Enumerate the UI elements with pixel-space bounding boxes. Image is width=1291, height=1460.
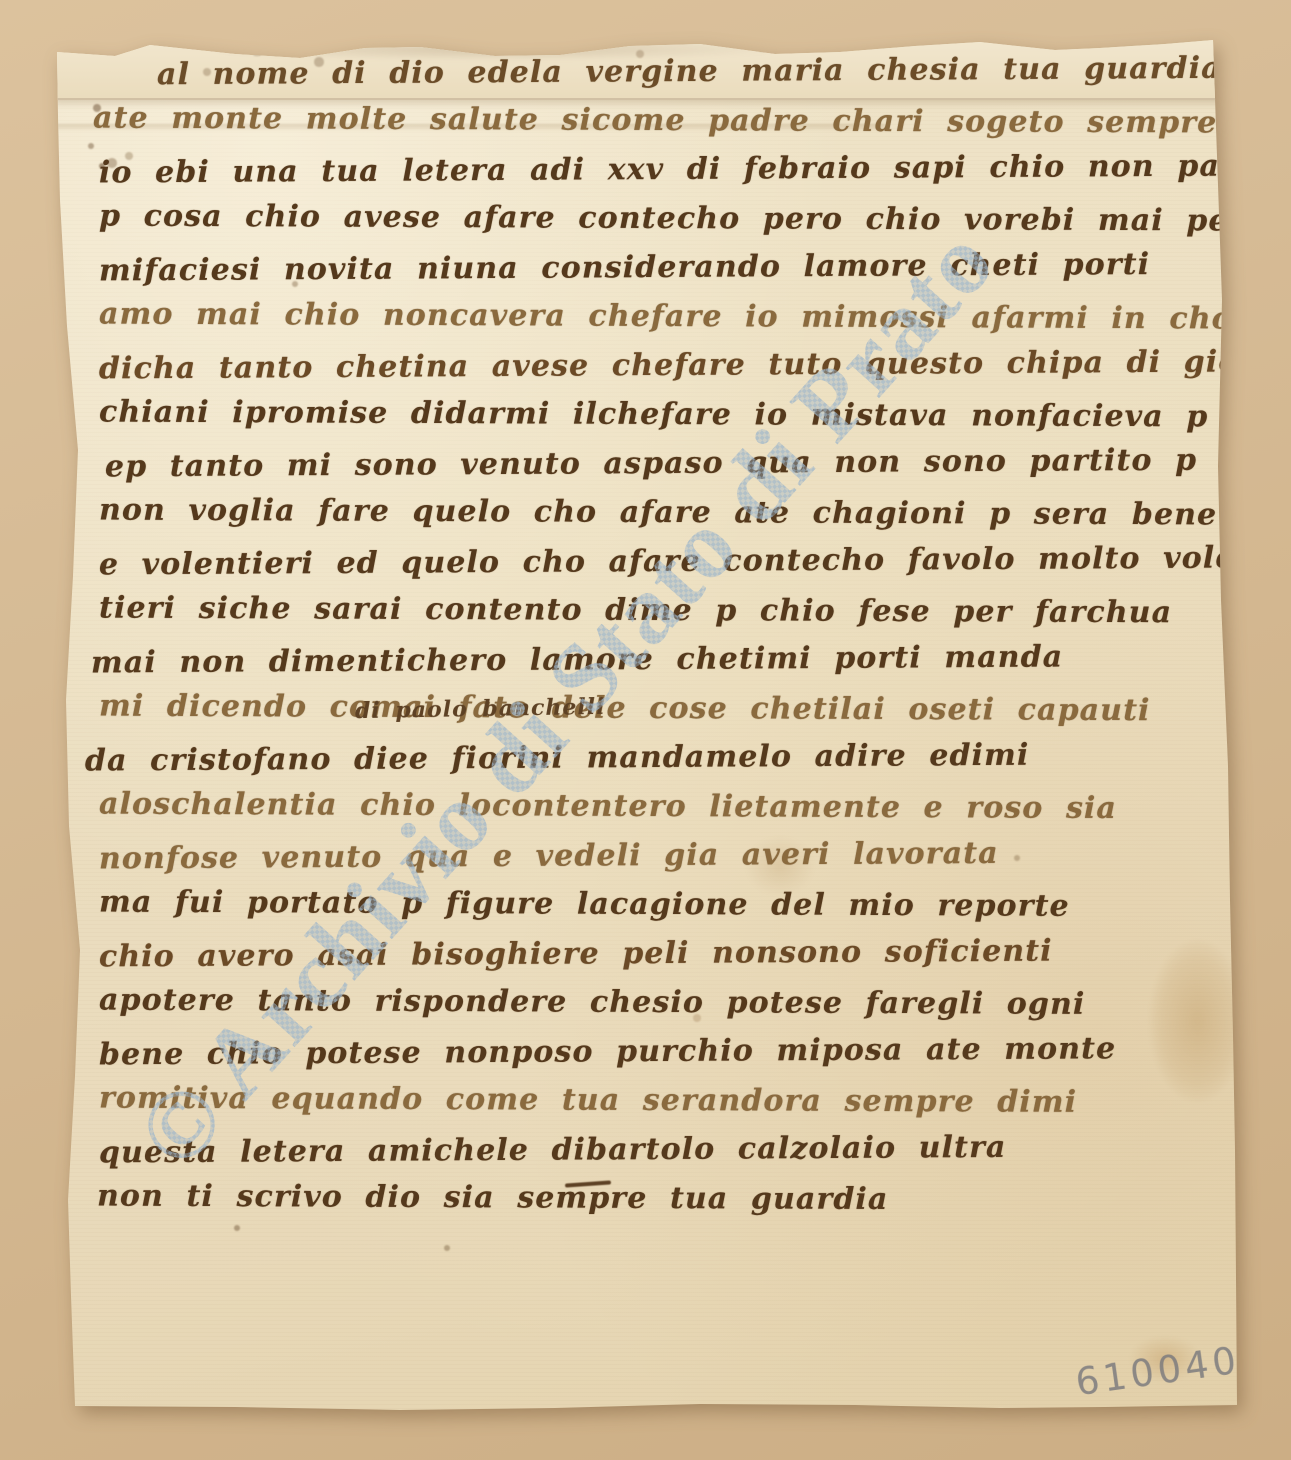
letter-line: chio avero asai bisoghiere peli nonsono … [99, 933, 1222, 989]
letter-line: bene chio potese nonposo purchio miposa … [99, 1031, 1222, 1087]
letter-line: amo mai chio noncavera chefare io mimoss… [99, 297, 1222, 351]
ink-speckles [55, 36, 59, 40]
manuscript-scan: al nome di dio edela vergine maria chesi… [0, 0, 1291, 1460]
letter-line: non ti scrivo dio sia sempre tua guardia [97, 1179, 1222, 1233]
letter-line: mifaciesi novita niuna considerando lamo… [99, 247, 1222, 303]
letter-line: non voglia fare quelo cho afare ate chag… [99, 493, 1222, 547]
letter-line: nonfose venuto qua e vedeli gia averi la… [99, 835, 1222, 891]
letter-paper: al nome di dio edela vergine maria chesi… [55, 36, 1240, 1411]
letter-line: io ebi una tua letera adi xxv di febraio… [99, 149, 1222, 205]
interlinear-insertion: di paolo banchelli [355, 694, 606, 724]
letter-line: ma fui portato p figure lacagione del mi… [99, 885, 1222, 939]
letter-line: al nome di dio edela vergine maria chesi… [157, 51, 1222, 107]
letter-line: mi dicendo comai fato dele cose chetilai… [99, 689, 1222, 743]
letter-line: da cristofano diee fiorini mandamelo adi… [85, 737, 1222, 793]
letter-line: chiani ipromise didarmi ilchefare io mis… [99, 395, 1222, 449]
letter-line: aloschalentia chio locontentero lietamen… [99, 787, 1222, 841]
letter-line: ep tanto mi sono venuto aspaso qua non s… [105, 443, 1222, 499]
letter-line: tieri siche sarai contento dime p chio f… [99, 591, 1222, 645]
letter-line: romitiva equando come tua serandora semp… [99, 1081, 1222, 1135]
letter-line: p cosa chio avese afare contecho pero ch… [99, 199, 1222, 253]
letter-line: questa letera amichele dibartolo calzola… [99, 1129, 1222, 1185]
letter-line: ate monte molte salute sicome padre char… [93, 101, 1222, 155]
letter-line: dicha tanto chetina avese chefare tuto q… [99, 345, 1222, 401]
letter-body: al nome di dio edela vergine maria chesi… [85, 54, 1222, 1230]
letter-line: apotere tanto rispondere chesio potese f… [99, 983, 1222, 1037]
letter-line: mai non dimentichero lamore chetimi port… [91, 639, 1222, 695]
letter-line: e volentieri ed quelo cho afare contecho… [99, 541, 1222, 597]
paper-shadow-wrap: al nome di dio edela vergine maria chesi… [0, 0, 1291, 1460]
